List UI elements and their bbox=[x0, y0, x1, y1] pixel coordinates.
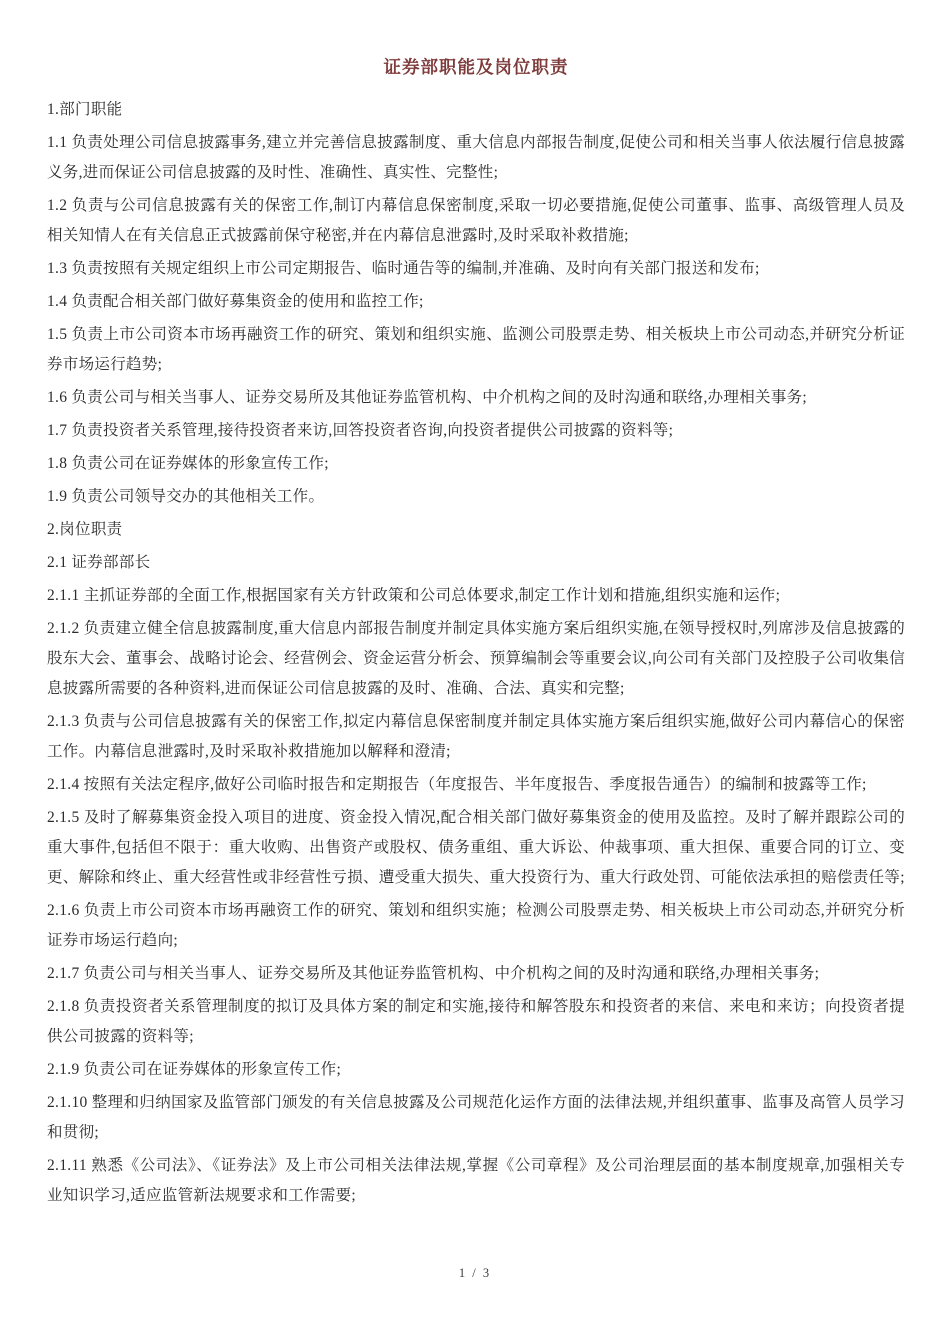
paragraph: 2.1 证券部部长 bbox=[47, 548, 905, 578]
page-number: 1 / 3 bbox=[459, 1266, 491, 1280]
paragraph: 1.部门职能 bbox=[47, 95, 905, 125]
paragraph: 2.岗位职责 bbox=[47, 515, 905, 545]
paragraph: 2.1.10 整理和归纳国家及监管部门颁发的有关信息披露及公司规范化运作方面的法… bbox=[47, 1088, 905, 1148]
paragraph: 1.6 负责公司与相关当事人、证券交易所及其他证券监管机构、中介机构之间的及时沟… bbox=[47, 383, 905, 413]
paragraph: 2.1.11 熟悉《公司法》、《证券法》及上市公司相关法律法规,掌握《公司章程》… bbox=[47, 1151, 905, 1211]
document-body: 1.部门职能1.1 负责处理公司信息披露事务,建立并完善信息披露制度、重大信息内… bbox=[47, 95, 905, 1211]
page-title: 证券部职能及岗位职责 bbox=[47, 54, 905, 79]
paragraph: 1.3 负责按照有关规定组织上市公司定期报告、临时通告等的编制,并准确、及时向有… bbox=[47, 254, 905, 284]
paragraph: 2.1.6 负责上市公司资本市场再融资工作的研究、策划和组织实施；检测公司股票走… bbox=[47, 896, 905, 956]
paragraph: 2.1.5 及时了解募集资金投入项目的进度、资金投入情况,配合相关部门做好募集资… bbox=[47, 803, 905, 893]
paragraph: 1.8 负责公司在证券媒体的形象宣传工作; bbox=[47, 449, 905, 479]
paragraph: 1.2 负责与公司信息披露有关的保密工作,制订内幕信息保密制度,采取一切必要措施… bbox=[47, 191, 905, 251]
paragraph: 2.1.2 负责建立健全信息披露制度,重大信息内部报告制度并制定具体实施方案后组… bbox=[47, 614, 905, 704]
paragraph: 1.9 负责公司领导交办的其他相关工作。 bbox=[47, 482, 905, 512]
paragraph: 1.5 负责上市公司资本市场再融资工作的研究、策划和组织实施、监测公司股票走势、… bbox=[47, 320, 905, 380]
document-page: 证券部职能及岗位职责 1.部门职能1.1 负责处理公司信息披露事务,建立并完善信… bbox=[0, 0, 950, 1211]
paragraph: 2.1.8 负责投资者关系管理制度的拟订及具体方案的制定和实施,接待和解答股东和… bbox=[47, 992, 905, 1052]
paragraph: 2.1.9 负责公司在证券媒体的形象宣传工作; bbox=[47, 1055, 905, 1085]
page-footer: 1 / 3 bbox=[0, 1266, 950, 1281]
paragraph: 2.1.3 负责与公司信息披露有关的保密工作,拟定内幕信息保密制度并制定具体实施… bbox=[47, 707, 905, 767]
paragraph: 2.1.4 按照有关法定程序,做好公司临时报告和定期报告（年度报告、半年度报告、… bbox=[47, 770, 905, 800]
paragraph: 1.4 负责配合相关部门做好募集资金的使用和监控工作; bbox=[47, 287, 905, 317]
paragraph: 1.7 负责投资者关系管理,接待投资者来访,回答投资者咨询,向投资者提供公司披露… bbox=[47, 416, 905, 446]
paragraph: 1.1 负责处理公司信息披露事务,建立并完善信息披露制度、重大信息内部报告制度,… bbox=[47, 128, 905, 188]
paragraph: 2.1.1 主抓证券部的全面工作,根据国家有关方针政策和公司总体要求,制定工作计… bbox=[47, 581, 905, 611]
paragraph: 2.1.7 负责公司与相关当事人、证券交易所及其他证券监管机构、中介机构之间的及… bbox=[47, 959, 905, 989]
